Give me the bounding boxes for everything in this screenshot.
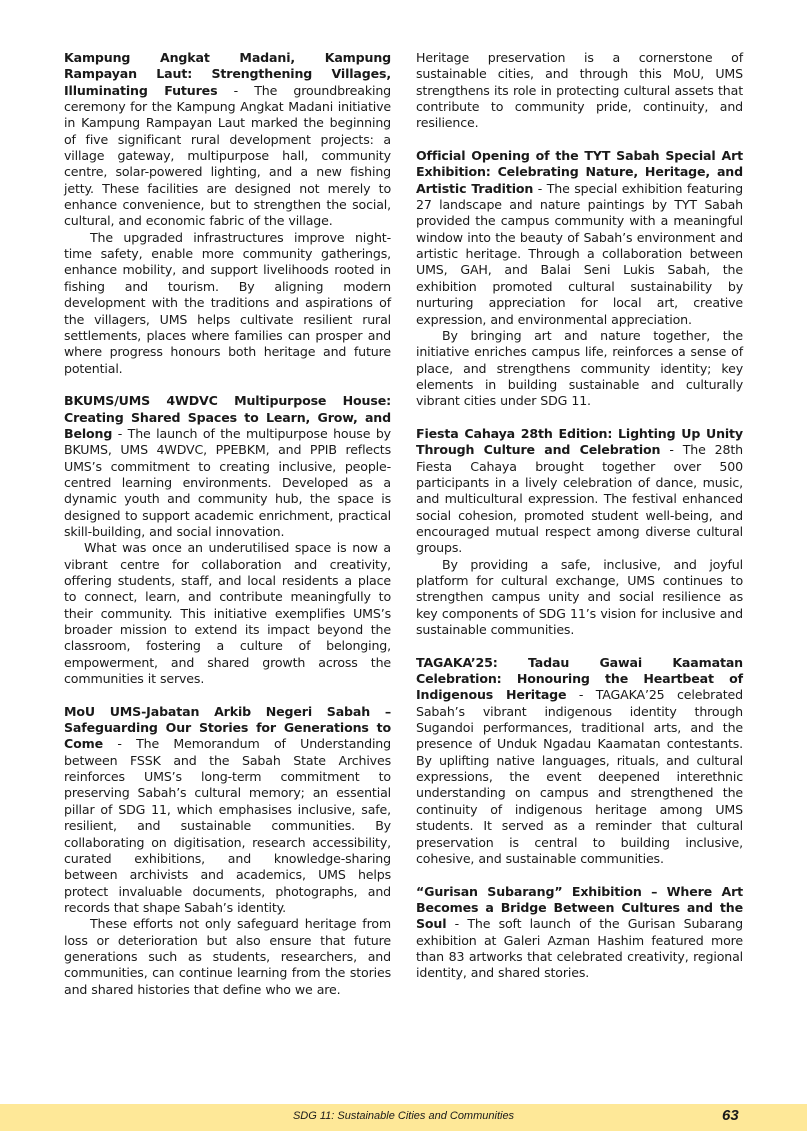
page-number: 63 [722,1107,739,1124]
article-paragraph: By providing a safe, inclusive, and joyf… [416,557,743,639]
article-body: BKUMS/UMS 4WDVC Multipurpose House: Crea… [64,393,391,540]
right-column: Heritage preservation is a cornerstone o… [416,50,743,998]
article-lead: - The Memorandum of Understanding betwee… [64,736,391,914]
article-fiesta-cahaya: Fiesta Cahaya 28th Edition: Lighting Up … [416,426,743,638]
footer-title: SDG 11: Sustainable Cities and Communiti… [0,1110,807,1122]
article-tagaka-25: TAGAKA’25: Tadau Gawai Kaamatan Celebrat… [416,655,743,867]
article-paragraph: These efforts not only safeguard heritag… [64,916,391,998]
article-body: Kampung Angkat Madani, Kampung Rampayan … [64,50,391,230]
article-lead: - The launch of the multipurpose house b… [64,426,391,539]
article-lead: - The groundbreaking ceremony for the Ka… [64,83,391,229]
article-paragraph: Heritage preservation is a cornerstone o… [416,50,743,132]
article-lead: - The soft launch of the Gurisan Subaran… [416,916,743,980]
article-lead: - The special exhibition featuring 27 la… [416,181,743,327]
article-gurisan-subarang: “Gurisan Subarang” Exhibition – Where Ar… [416,884,743,982]
article-lead: - The 28th Fiesta Cahaya brought togethe… [416,442,743,555]
article-tyt-art-exhibition: Official Opening of the TYT Sabah Specia… [416,148,743,410]
article-body: MoU UMS-Jabatan Arkib Negeri Sabah – Saf… [64,704,391,916]
article-body: Official Opening of the TYT Sabah Specia… [416,148,743,328]
left-column: Kampung Angkat Madani, Kampung Rampayan … [64,50,391,1014]
article-mou-arkib-sabah: MoU UMS-Jabatan Arkib Negeri Sabah – Saf… [64,704,391,998]
article-body: “Gurisan Subarang” Exhibition – Where Ar… [416,884,743,982]
article-paragraph: By bringing art and nature together, the… [416,328,743,410]
article-mou-continuation: Heritage preservation is a cornerstone o… [416,50,743,132]
article-lead: - TAGAKA’25 celebrated Sabah’s vibrant i… [416,687,743,865]
article-body: Fiesta Cahaya 28th Edition: Lighting Up … [416,426,743,557]
article-body: TAGAKA’25: Tadau Gawai Kaamatan Celebrat… [416,655,743,867]
article-paragraph: What was once an underutilised space is … [64,540,391,687]
article-kampung-angkat-madani: Kampung Angkat Madani, Kampung Rampayan … [64,50,391,377]
article-paragraph: The upgraded infrastructures improve nig… [64,230,391,377]
page-footer: SDG 11: Sustainable Cities and Communiti… [0,1104,807,1131]
article-bkums-multipurpose-house: BKUMS/UMS 4WDVC Multipurpose House: Crea… [64,393,391,687]
